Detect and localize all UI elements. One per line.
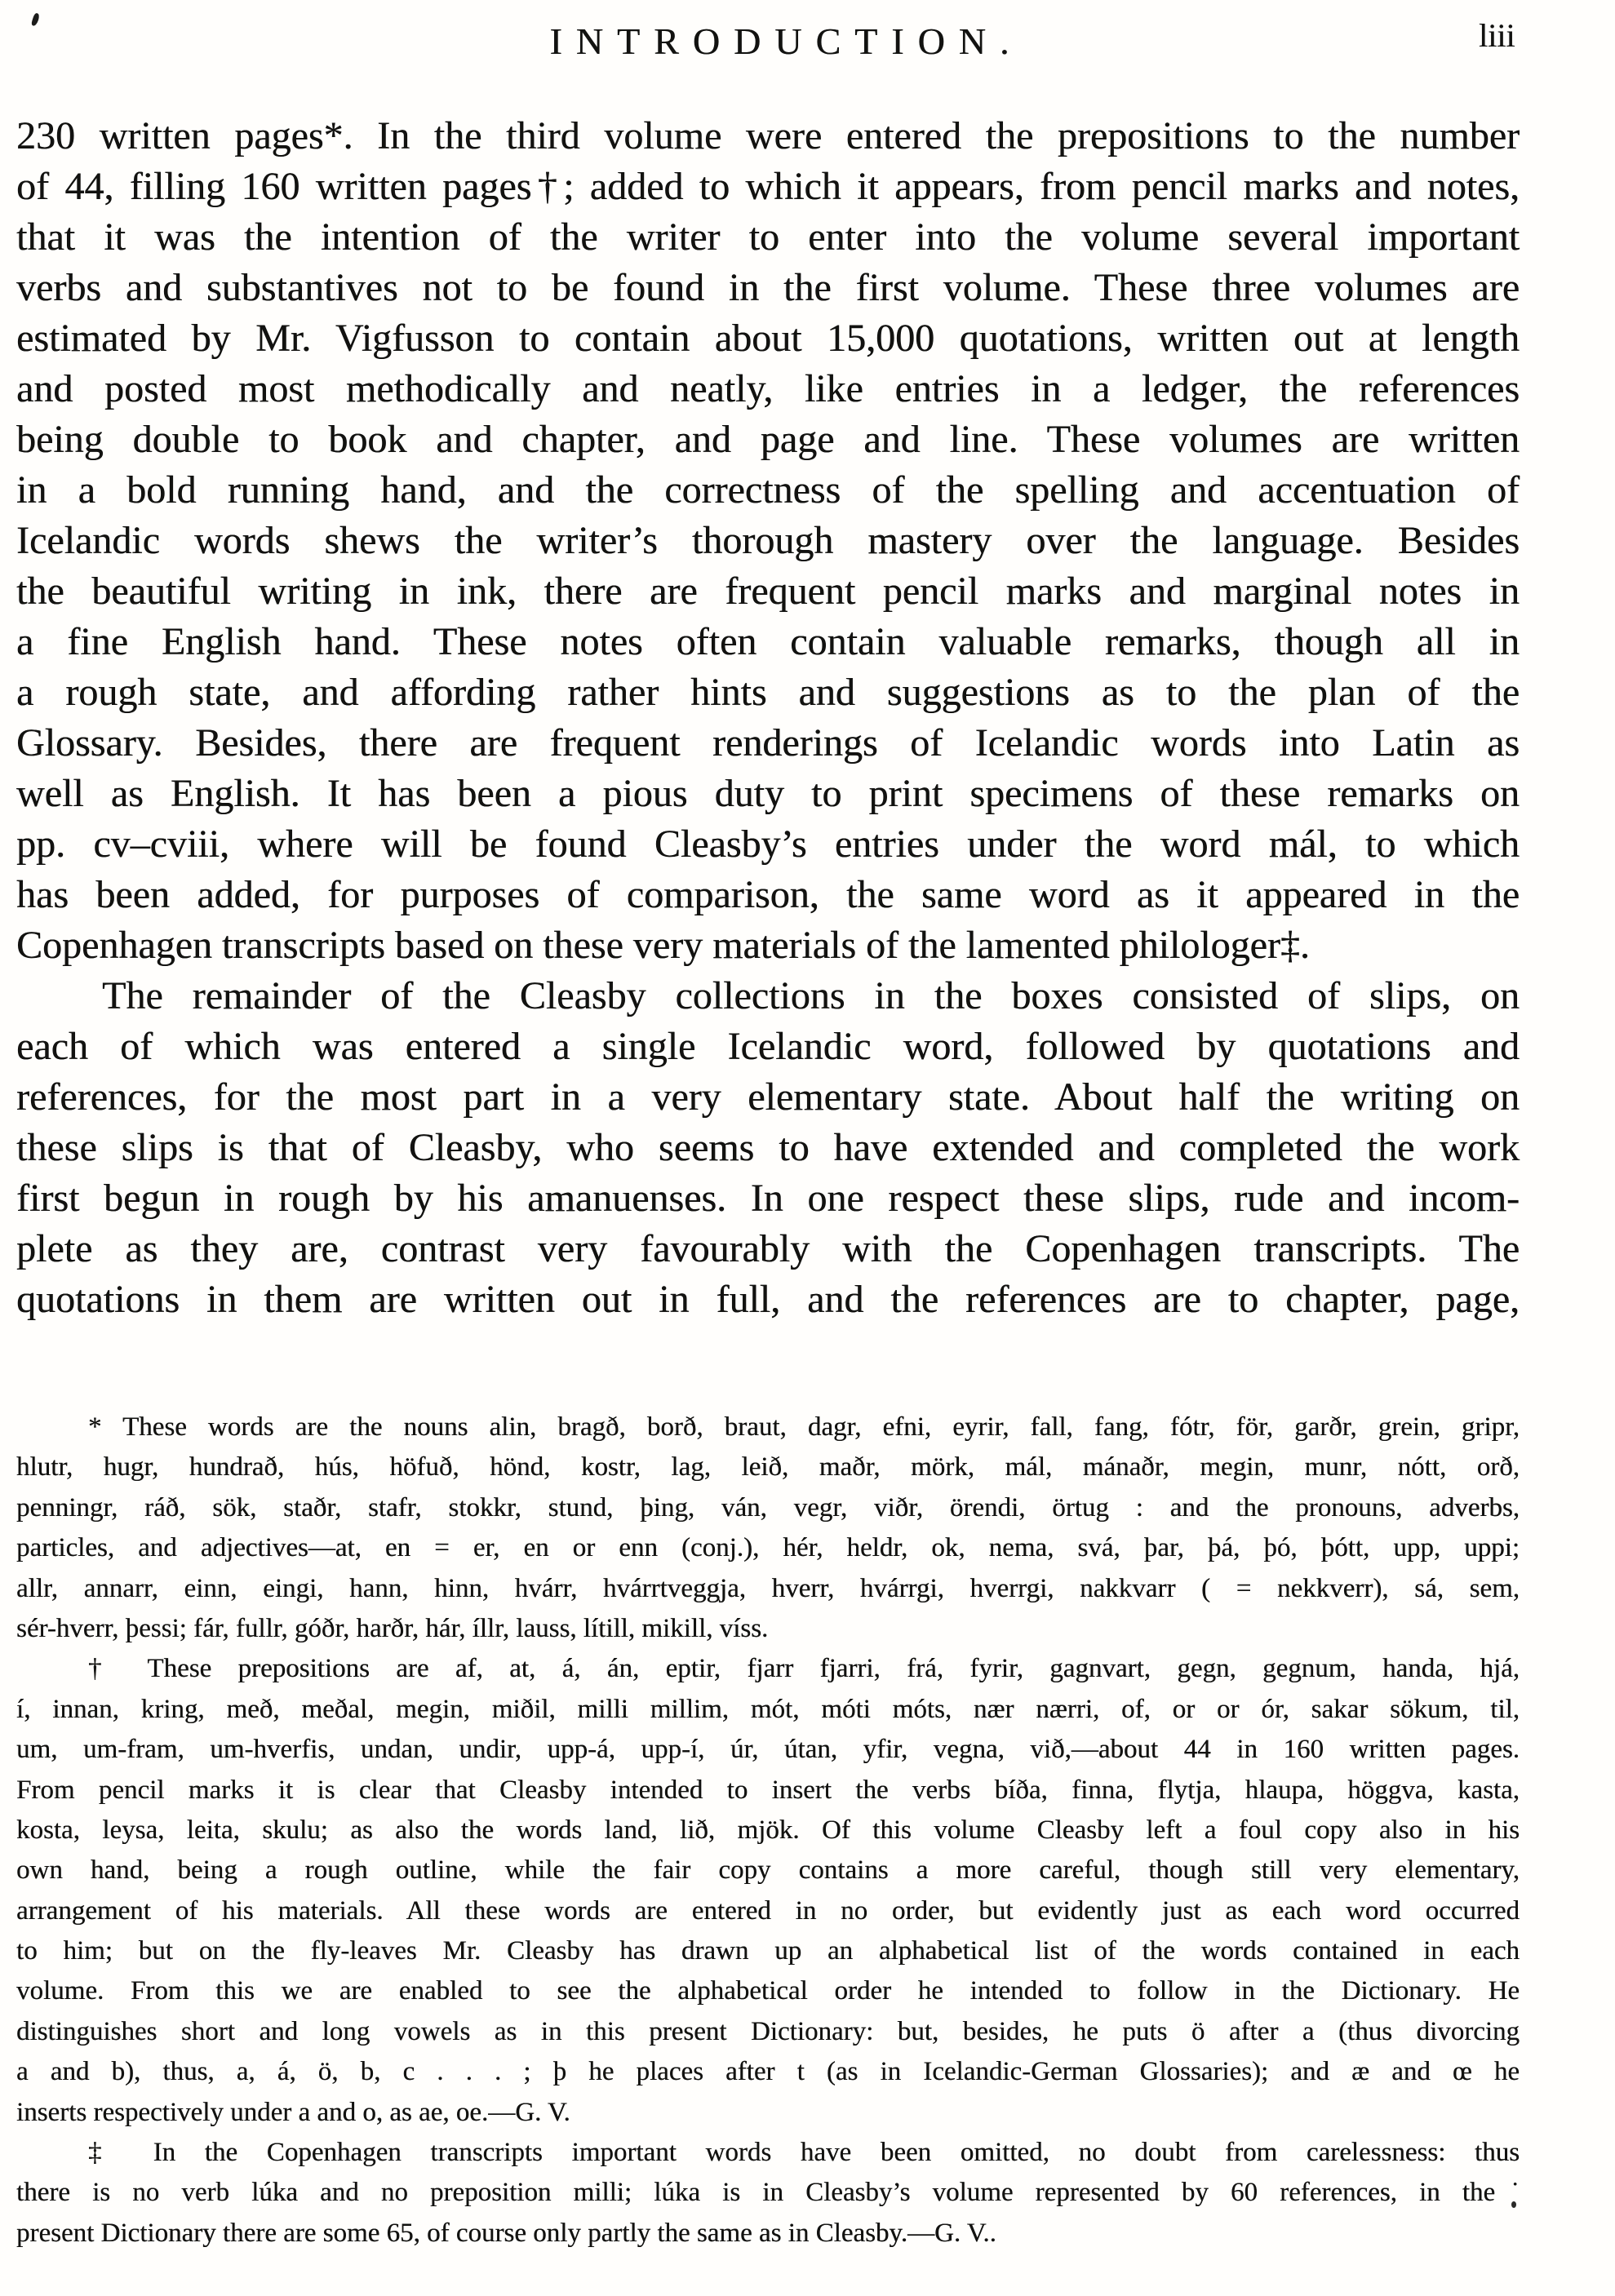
text-line: has been added, for purposes of comparis… [16, 870, 1520, 920]
footnote-star: * These words are the nouns alin, bragð,… [16, 1407, 1520, 1649]
text-line: particles, and adjectives—at, en = er, e… [16, 1528, 1520, 1568]
text-line: pp. cv–cviii, where will be found Cleasb… [16, 819, 1520, 870]
body-text: 230 written pages*. In the third volume … [16, 111, 1520, 1325]
text-line: estimated by Mr. Vigfusson to contain ab… [16, 313, 1520, 364]
text-line: in a bold running hand, and the correctn… [16, 465, 1520, 516]
text-line: and posted most methodically and neatly,… [16, 364, 1520, 414]
text-line: well as English. It has been a pious dut… [16, 769, 1520, 819]
text-line: a rough state, and affording rather hint… [16, 667, 1520, 718]
text-line: of 44, filling 160 written pages†; added… [16, 162, 1520, 212]
text-line: distinguishes short and long vowels as i… [16, 2012, 1520, 2052]
text-line: sér-hverr, þessi; fár, fullr, góðr, harð… [16, 1609, 1520, 1649]
text-line: allr, annarr, einn, eingi, hann, hinn, h… [16, 1569, 1520, 1609]
text-line: quotations in them are written out in fu… [16, 1274, 1520, 1325]
book-page: INTRODUCTION. liii 230 written pages*. I… [0, 0, 1615, 2296]
text-line: these slips is that of Cleasby, who seem… [16, 1123, 1520, 1173]
text-line: kosta, leysa, leita, skulu; as also the … [16, 1811, 1520, 1851]
text-line: to him; but on the fly-leaves Mr. Cleasb… [16, 1931, 1520, 1971]
paragraph-continuation: 230 written pages*. In the third volume … [16, 111, 1520, 971]
page-title: INTRODUCTION. [0, 20, 1594, 63]
text-line: that it was the intention of the writer … [16, 212, 1520, 263]
text-line: a and b), thus, a, á, ö, b, c . . . ; þ … [16, 2052, 1520, 2092]
footnotes-section: * These words are the nouns alin, bragð,… [16, 1407, 1520, 2254]
text-line: Icelandic words shews the writer’s thoro… [16, 516, 1520, 566]
text-line: there is no verb lúka and no preposition… [16, 2173, 1520, 2213]
text-line: Copenhagen transcripts based on these ve… [16, 920, 1520, 971]
text-line: Glossary. Besides, there are frequent re… [16, 718, 1520, 769]
text-line: arrangement of his materials. All these … [16, 1891, 1520, 1931]
text-line: hlutr, hugr, hundrað, hús, höfuð, hönd, … [16, 1447, 1520, 1487]
footnote-double-dagger: ‡ In the Copenhagen transcripts importan… [16, 2133, 1520, 2254]
text-line: * These words are the nouns alin, bragð,… [16, 1407, 1520, 1447]
text-line: The remainder of the Cleasby collections… [16, 971, 1520, 1022]
text-line: present Dictionary there are some 65, of… [16, 2214, 1520, 2254]
text-line: own hand, being a rough outline, while t… [16, 1851, 1520, 1890]
text-line: references, for the most part in a very … [16, 1072, 1520, 1123]
text-line: each of which was entered a single Icela… [16, 1022, 1520, 1072]
text-line: penningr, ráð, sök, staðr, stafr, stokkr… [16, 1488, 1520, 1528]
footnote-dagger: † These prepositions are af, at, á, án, … [16, 1649, 1520, 2133]
text-line: 230 written pages*. In the third volume … [16, 111, 1520, 162]
text-line: verbs and substantives not to be found i… [16, 263, 1520, 313]
text-line: volume. From this we are enabled to see … [16, 1971, 1520, 2011]
text-line: † These prepositions are af, at, á, án, … [16, 1649, 1520, 1689]
text-line: a fine English hand. These notes often c… [16, 617, 1520, 667]
page-number: liii [1479, 16, 1515, 55]
text-line: the beautiful writing in ink, there are … [16, 566, 1520, 617]
text-line: ‡ In the Copenhagen transcripts importan… [16, 2133, 1520, 2173]
text-line: From pencil marks it is clear that Cleas… [16, 1771, 1520, 1811]
text-line: being double to book and chapter, and pa… [16, 414, 1520, 465]
text-line: inserts respectively under a and o, as a… [16, 2093, 1520, 2133]
text-line: í, innan, kring, með, meðal, megin, miði… [16, 1690, 1520, 1730]
text-line: um, um-fram, um-hverfis, undan, undir, u… [16, 1730, 1520, 1770]
paragraph-remainder-of-cleasby: The remainder of the Cleasby collections… [16, 971, 1520, 1325]
text-line: plete as they are, contrast very favoura… [16, 1224, 1520, 1274]
text-line: first begun in rough by his amanuenses. … [16, 1173, 1520, 1224]
